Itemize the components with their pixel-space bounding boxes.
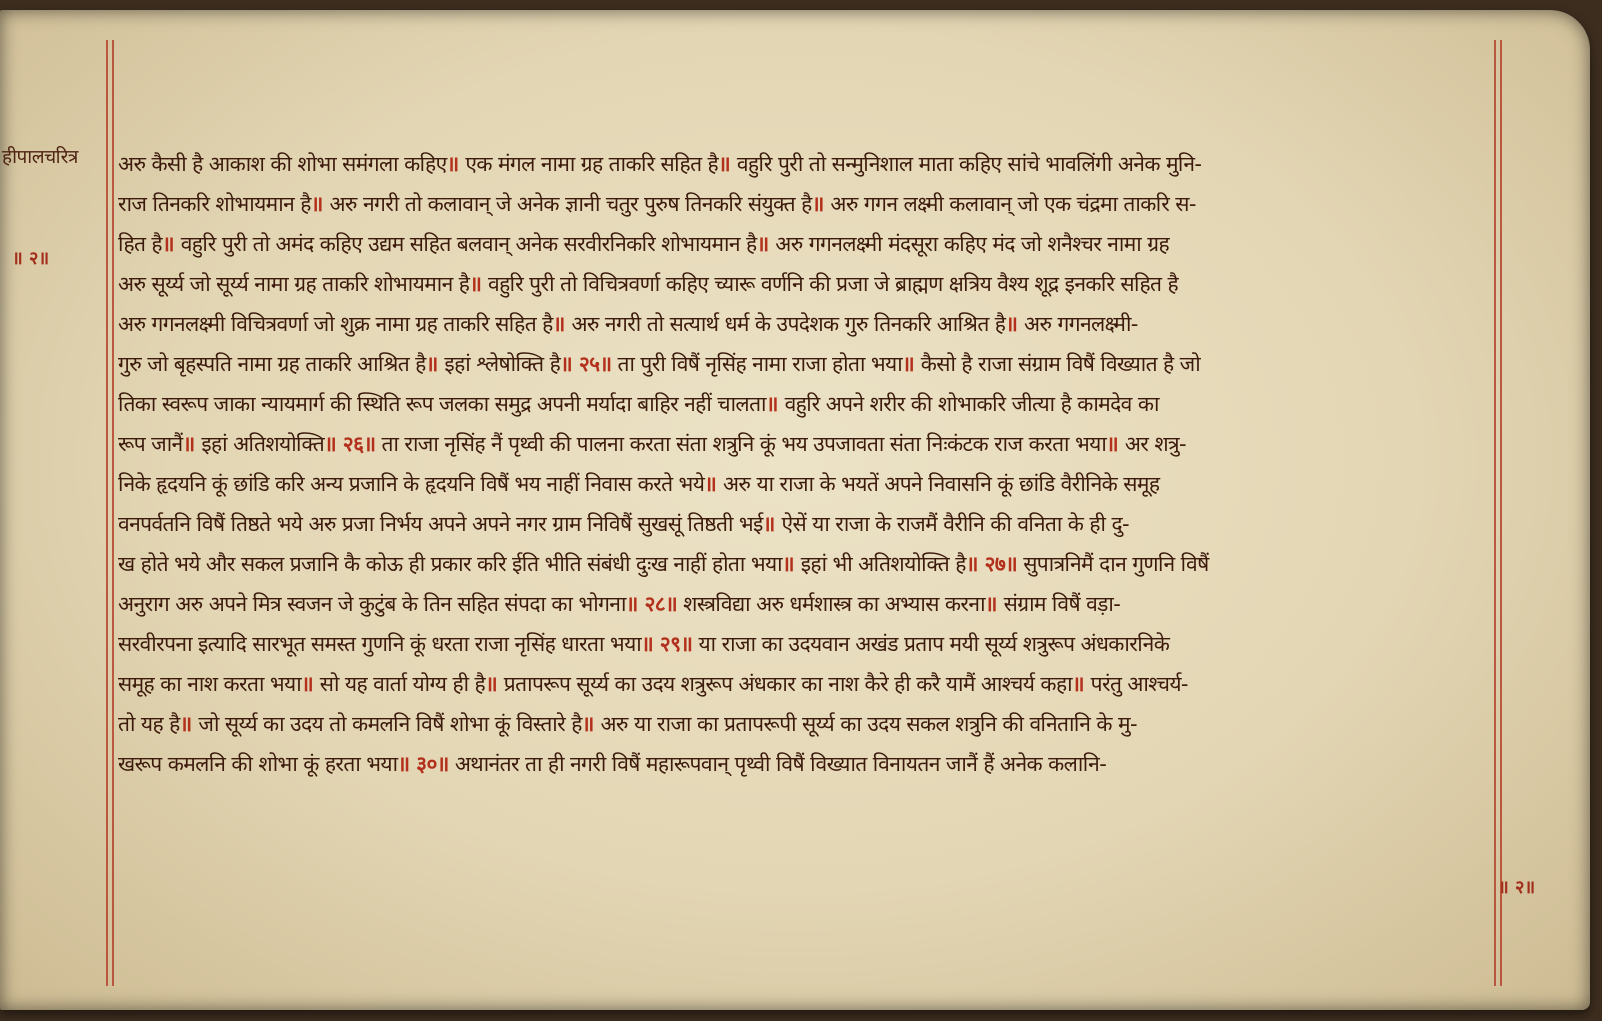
danda-mark: ॥ २५॥ <box>560 352 611 376</box>
danda-mark: ॥ <box>718 152 737 176</box>
text-line: वनपर्वतनि विषैं तिष्ठते भये अरु प्रजा नि… <box>118 504 1498 544</box>
danda-mark: ॥ २९॥ <box>641 632 692 656</box>
text-line: अरु गगनलक्ष्मी विचित्रवर्णा जो शुक्र नाम… <box>118 304 1498 344</box>
manuscript-text: अरु कैसी है आकाश की शोभा समंगला कहिए॥ एक… <box>118 144 1498 784</box>
text-line: राज तिनकरि शोभायमान है॥ अरु नगरी तो कलाव… <box>118 184 1498 224</box>
text-line: ख होते भये और सकल प्रजानि कै कोऊ ही प्रक… <box>118 544 1498 584</box>
text-line: अनुराग अरु अपने मित्र स्वजन जे कुटुंब के… <box>118 584 1498 624</box>
text-line: सरवीरपना इत्यादि सारभूत समस्त गुणनि कूं … <box>118 624 1498 664</box>
danda-mark: ॥ २८॥ <box>626 592 677 616</box>
danda-mark: ॥ <box>763 512 782 536</box>
folio-number-left: ॥ २॥ <box>12 246 49 270</box>
danda-mark: ॥ <box>469 272 488 296</box>
danda-mark: ॥ <box>704 472 723 496</box>
danda-mark: ॥ <box>782 552 801 576</box>
danda-mark: ॥ <box>485 672 504 696</box>
danda-mark: ॥ २७॥ <box>966 552 1017 576</box>
danda-mark: ॥ <box>447 152 466 176</box>
text-line: निके हृदयनि कूं छांडि करि अन्य प्रजानि क… <box>118 464 1498 504</box>
danda-mark: ॥ <box>766 392 785 416</box>
danda-mark: ॥ <box>582 712 601 736</box>
text-line: अरु कैसी है आकाश की शोभा समंगला कहिए॥ एक… <box>118 144 1498 184</box>
photo-background: हीपालचरित्र ॥ २॥ ॥ २॥ अरु कैसी है आकाश क… <box>0 0 1602 1021</box>
danda-mark: ॥ <box>1072 672 1091 696</box>
manuscript-folio: हीपालचरित्र ॥ २॥ ॥ २॥ अरु कैसी है आकाश क… <box>0 10 1590 1010</box>
text-line: खरूप कमलनि की शोभा कूं हरता भया॥ ३०॥ अथा… <box>118 744 1498 784</box>
text-line: रूप जानैं॥ इहां अतिशयोक्ति॥ २६॥ ता राजा … <box>118 424 1498 464</box>
text-line: अरु सूर्य्य जो सूर्य्य नामा ग्रह ताकरि श… <box>118 264 1498 304</box>
danda-mark: ॥ <box>985 592 1004 616</box>
danda-mark: ॥ <box>757 232 776 256</box>
left-margin-ruling-inner <box>112 40 114 986</box>
danda-mark: ॥ <box>1106 432 1125 456</box>
danda-mark: ॥ २६॥ <box>324 432 375 456</box>
danda-mark: ॥ <box>902 352 921 376</box>
danda-mark: ॥ <box>180 712 199 736</box>
left-margin-ruling <box>106 40 108 986</box>
right-margin-ruling <box>1500 40 1502 986</box>
danda-mark: ॥ <box>301 672 320 696</box>
danda-mark: ॥ <box>311 192 330 216</box>
danda-mark: ॥ <box>812 192 831 216</box>
danda-mark: ॥ <box>162 232 181 256</box>
folio-number-right: ॥ २॥ <box>1498 875 1535 899</box>
text-line: हित है॥ वहुरि पुरी तो अमंद कहिए उद्यम सह… <box>118 224 1498 264</box>
margin-title: हीपालचरित्र <box>2 143 78 169</box>
text-line: समूह का नाश करता भया॥ सो यह वार्ता योग्य… <box>118 664 1498 704</box>
text-line: तो यह है॥ जो सूर्य्य का उदय तो कमलनि विष… <box>118 704 1498 744</box>
danda-mark: ॥ <box>1005 312 1024 336</box>
text-line: गुरु जो बृहस्पति नामा ग्रह ताकरि आश्रित … <box>118 344 1498 384</box>
danda-mark: ॥ <box>426 352 445 376</box>
danda-mark: ॥ <box>183 432 202 456</box>
danda-mark: ॥ <box>553 312 572 336</box>
danda-mark: ॥ ३०॥ <box>397 752 448 776</box>
text-line: तिका स्वरूप जाका न्यायमार्ग की स्थिति रू… <box>118 384 1498 424</box>
